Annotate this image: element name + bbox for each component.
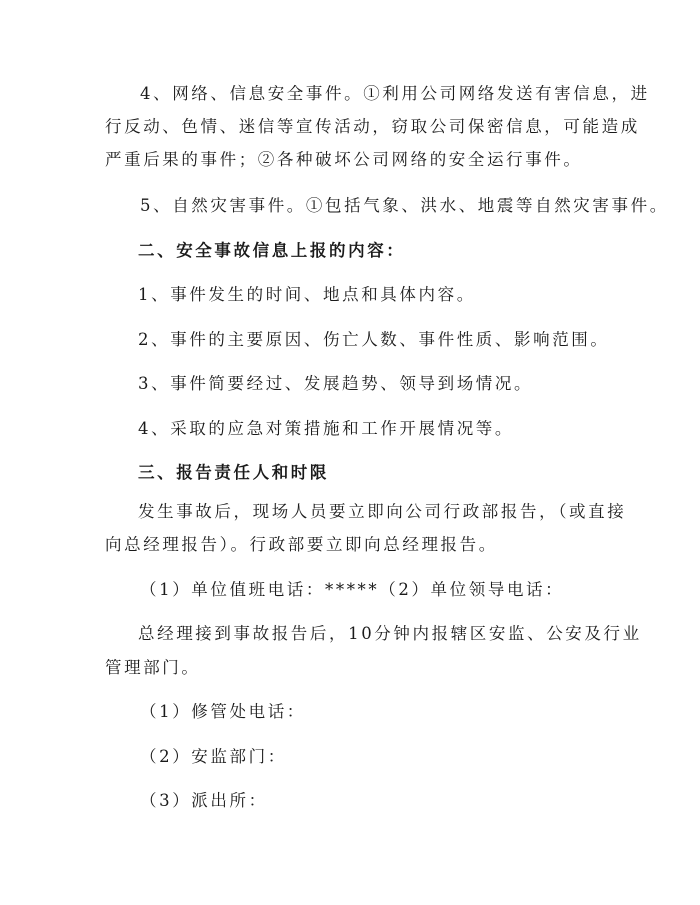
paragraph-natural-disaster: 5、自然灾害事件。①包括气象、洪水、地震等自然灾害事件。: [140, 196, 669, 216]
paragraph-phone-numbers: （1）单位值班电话：*****（2）单位领导电话：: [140, 580, 564, 600]
paragraph-gm-report-line1: 总经理接到事故报告后，10分钟内报辖区安监、公安及行业: [138, 624, 642, 644]
section-heading-report-content: 二、安全事故信息上报的内容：: [138, 241, 405, 261]
paragraph-gm-report-line2: 管理部门。: [105, 658, 201, 678]
list-item-content-1: 1、事件发生的时间、地点和具体内容。: [138, 285, 476, 305]
list-item-content-3: 3、事件简要经过、发展趋势、领导到场情况。: [138, 374, 533, 394]
paragraph-report-procedure-line2: 向总经理报告）。行政部要立即向总经理报告。: [105, 535, 498, 555]
list-item-content-2: 2、事件的主要原因、伤亡人数、事件性质、影响范围。: [138, 330, 610, 350]
contact-item-police-station: （3）派出所：: [140, 791, 268, 811]
list-item-content-4: 4、采取的应急对策措施和工作开展情况等。: [138, 419, 514, 439]
contact-item-maintenance-office: （1）修管处电话：: [140, 702, 306, 722]
paragraph-network-security-line1: 4、网络、信息安全事件。①利用公司网络发送有害信息，进: [140, 84, 650, 104]
section-heading-responsibility: 三、报告责任人和时限: [138, 463, 329, 483]
paragraph-network-security-line2: 行反动、色情、迷信等宣传活动，窃取公司保密信息，可能造成: [105, 117, 640, 137]
paragraph-network-security-line3: 严重后果的事件；②各种破坏公司网络的安全运行事件。: [105, 150, 583, 170]
paragraph-report-procedure-line1: 发生事故后，现场人员要立即向公司行政部报告，（或直接: [138, 502, 626, 522]
contact-item-safety-department: （2）安监部门：: [140, 747, 287, 767]
